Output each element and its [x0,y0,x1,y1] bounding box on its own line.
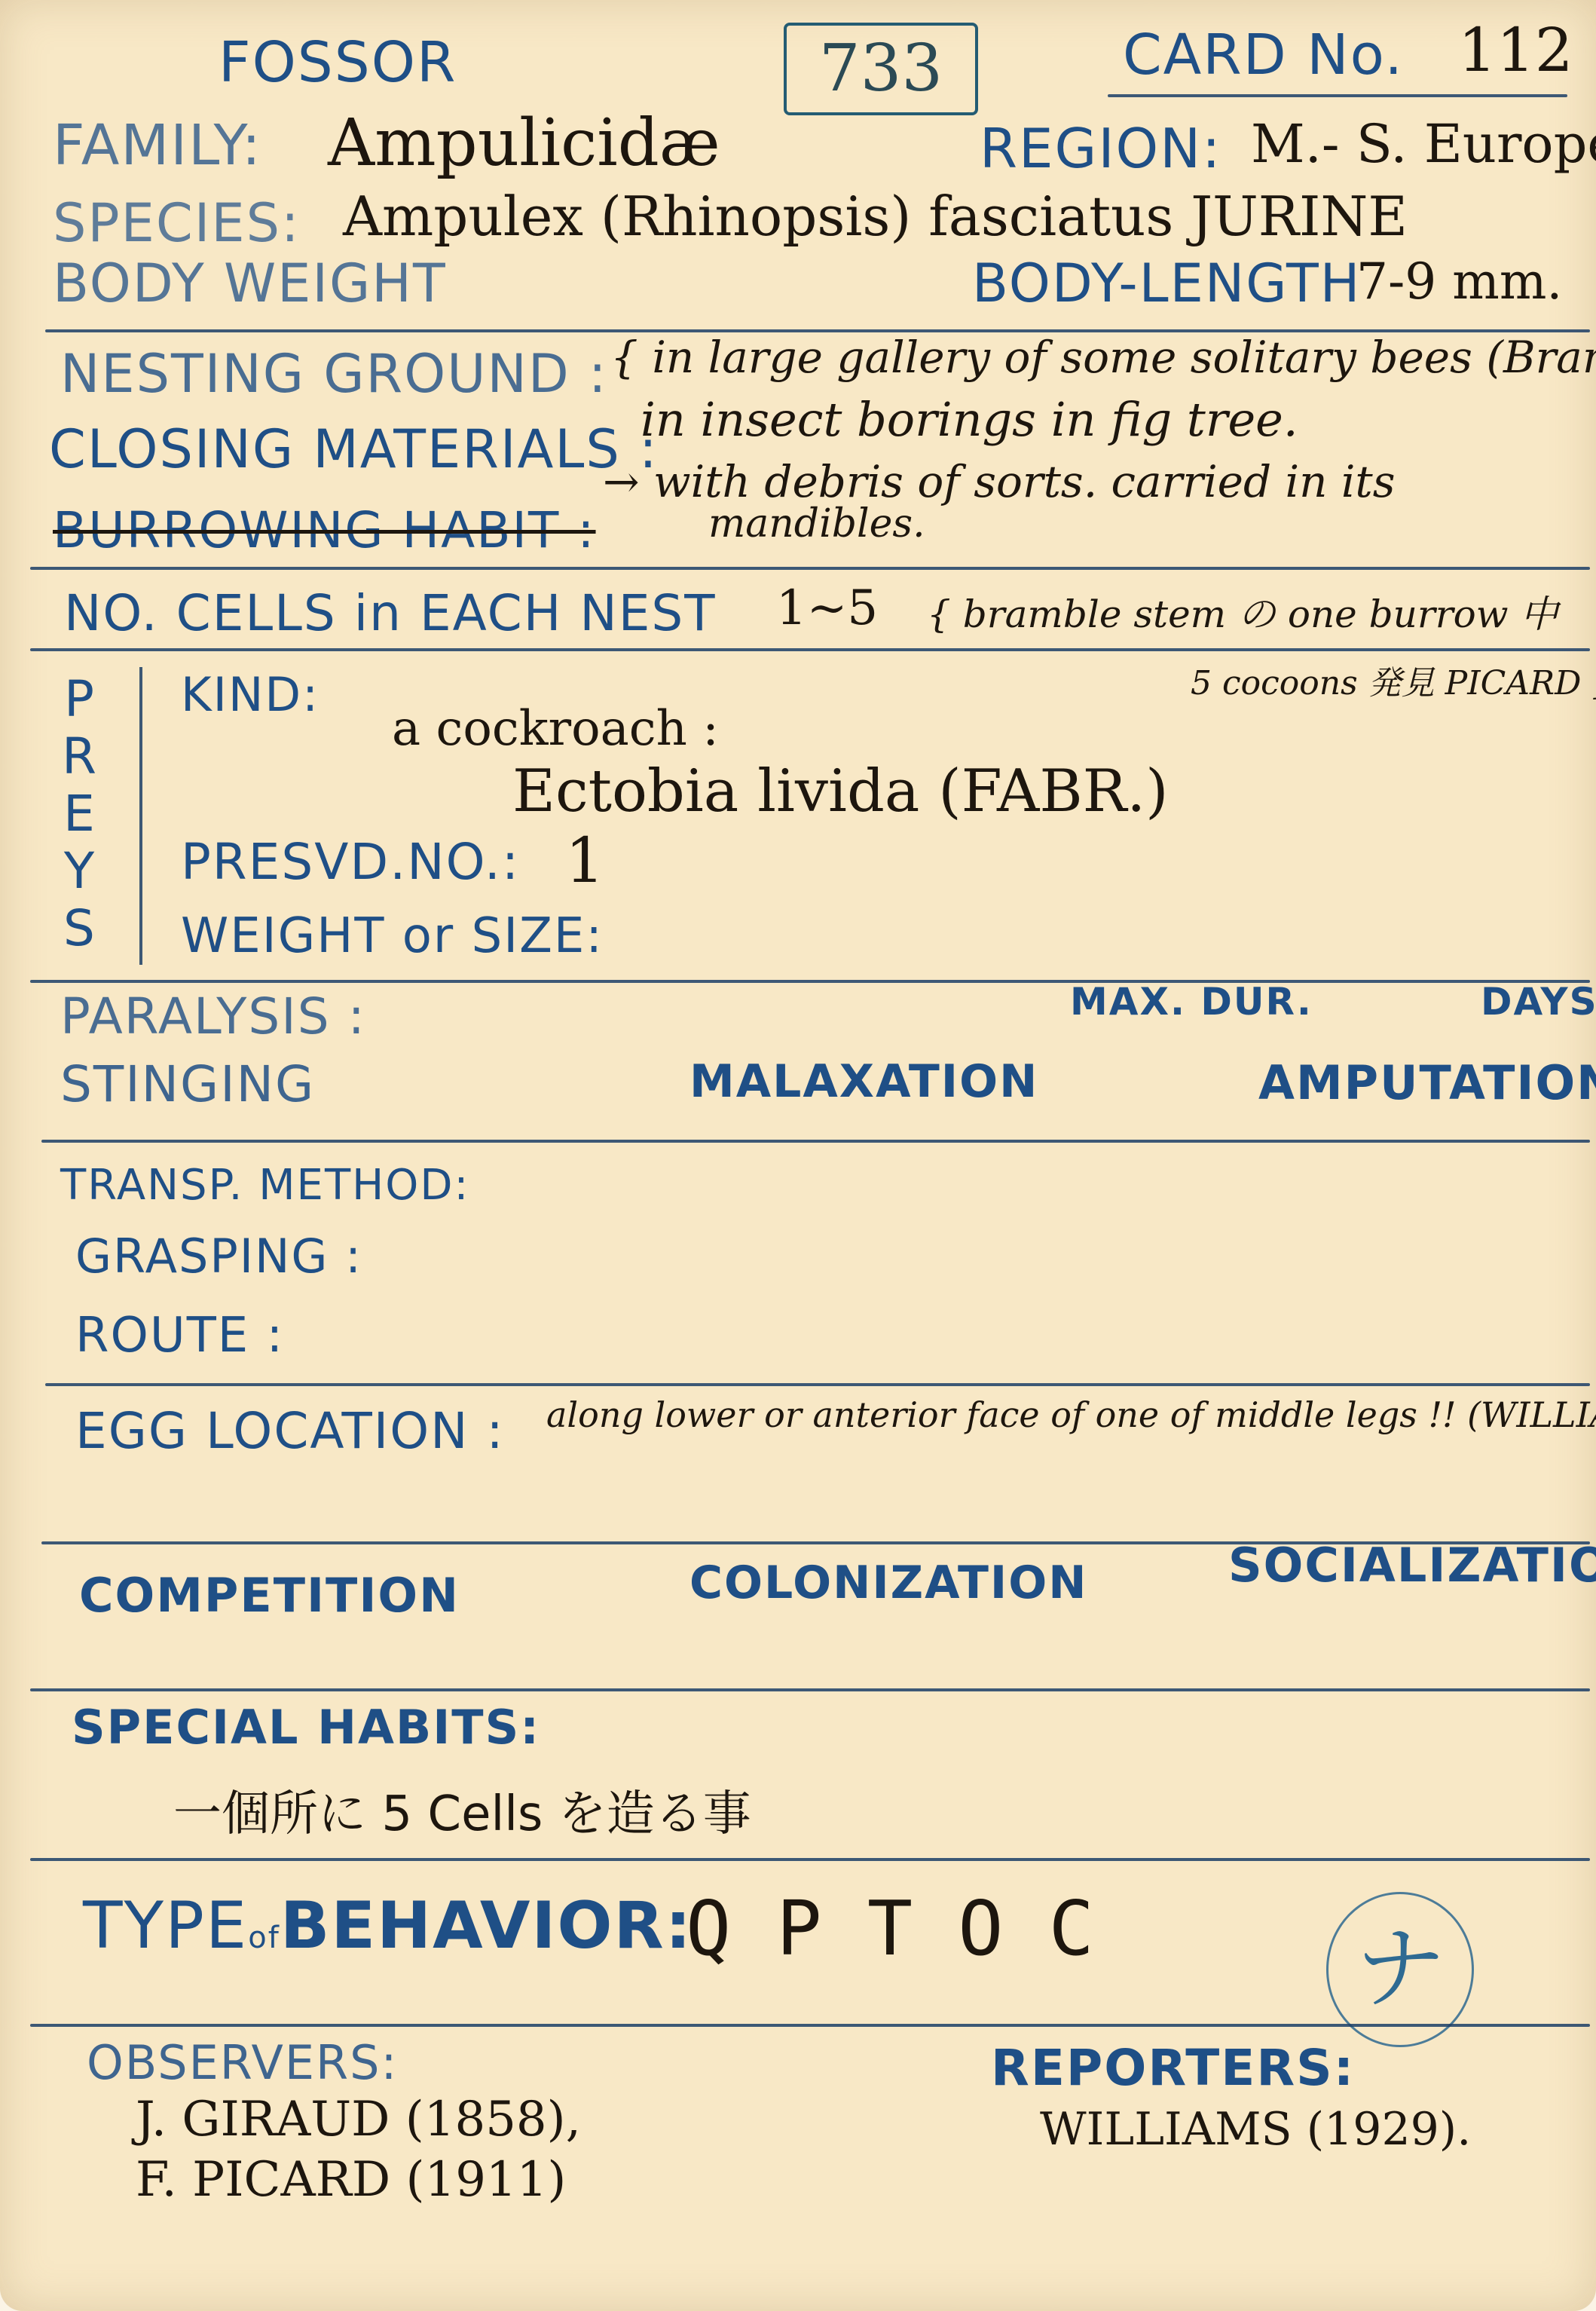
family-value: Ampulicidæ [328,106,720,181]
card-number-value: 112 [1458,15,1573,85]
route-label: ROUTE : [75,1308,284,1364]
card-number-label: CARD No. [1123,23,1404,87]
closing-materials-value-1: → with debris of sorts. carried in its [603,456,1395,507]
body-weight-label: BODY WEIGHT [53,253,447,314]
observer-2: F. PICARD (1911) [136,2152,566,2208]
max-dur-label: MAX. DUR. [1070,980,1313,1024]
reporter-1: WILLIAMS (1929). [1040,2103,1471,2156]
observer-1: J. GIRAUD (1858), [136,2092,581,2147]
family-label: FAMILY: [53,113,262,178]
behavior-word: BEHAVIOR: [280,1888,693,1964]
egg-location-value: along lower or anterior face of one of m… [546,1394,1596,1435]
preys-letters: PREYS [60,671,98,957]
closing-materials-label: CLOSING MATERIALS : [49,418,659,480]
type-of-behavior-label: TYPEofBEHAVIOR: [83,1888,693,1964]
body-length-value: 7-9 mm. [1356,253,1562,311]
divider [30,1688,1590,1691]
stinging-label: STINGING [60,1055,315,1113]
reporters-label: REPORTERS: [991,2039,1355,2097]
divider [30,648,1590,651]
transport-method-label: TRANSP. METHOD: [60,1161,469,1210]
divider [30,1858,1590,1861]
socialization-label: SOCIALIZATION [1228,1538,1596,1593]
preys-divider [139,667,142,965]
species-value: Ampulex (Rhinopsis) fasciatus JURINE [343,185,1408,248]
region-value: M.- S. Europe [1251,113,1596,175]
egg-location-label: EGG LOCATION : [75,1402,505,1460]
observers-label: OBSERVERS: [87,2035,398,2090]
grasping-label: GRASPING : [75,1229,362,1284]
special-habits-label: SPECIAL HABITS: [72,1700,540,1755]
kind-value-1: a cockroach : [392,701,719,757]
species-label: SPECIES: [53,192,301,254]
cells-note-1: { bramble stem の one burrow 中 [927,584,1558,638]
divider [30,567,1590,570]
burrowing-habit-label: BURROWING HABIT : [53,501,596,559]
index-card: FOSSOR 733 CARD No. 112 FAMILY: Ampulici… [0,0,1596,2311]
divider [30,2024,1590,2027]
amputation-label: AMPUTATION [1258,1055,1596,1110]
days-label: DAYS [1481,980,1596,1024]
body-length-label: BODY-LENGTH [972,253,1361,314]
cells-label: NO. CELLS in EACH NEST [64,584,717,642]
weight-size-label: WEIGHT or SIZE: [181,908,604,964]
boxed-number: 733 [784,23,978,115]
divider [45,1383,1590,1386]
paralysis-label: PARALYSIS : [60,987,366,1045]
preys-section-label: PREYS [57,671,102,957]
region-label: REGION: [980,117,1221,180]
card-number-underline [1108,94,1567,97]
cells-note-2: 5 cocoons 発見 PICARD } [1191,656,1596,704]
presvd-label: PRESVD.NO.: [181,833,520,891]
competition-label: COMPETITION [79,1568,460,1623]
cells-value: 1~5 [776,580,878,636]
colonization-label: COLONIZATION [689,1556,1087,1609]
type-word: TYPE [83,1888,248,1964]
divider [41,1140,1590,1143]
of-word: of [248,1921,280,1955]
kind-label: KIND: [181,667,320,722]
nesting-ground-value-1: { in large gallery of some solitary bees… [610,332,1596,383]
closing-materials-value-2: mandibles. [708,501,925,546]
nesting-ground-value-2: in insect borings in fig tree. [641,392,1298,447]
divider [30,980,1590,983]
kind-value-2: Ectobia livida (FABR.) [512,758,1169,825]
behavior-type-value: Q P T O C [686,1884,1094,1973]
category-label: FOSSOR [219,30,457,95]
nesting-ground-label: NESTING GROUND : [60,343,608,405]
malaxation-label: MALAXATION [689,1055,1038,1108]
presvd-value: 1 [565,825,604,897]
special-habits-value: 一個所に 5 Cells を造る事 [173,1775,751,1844]
